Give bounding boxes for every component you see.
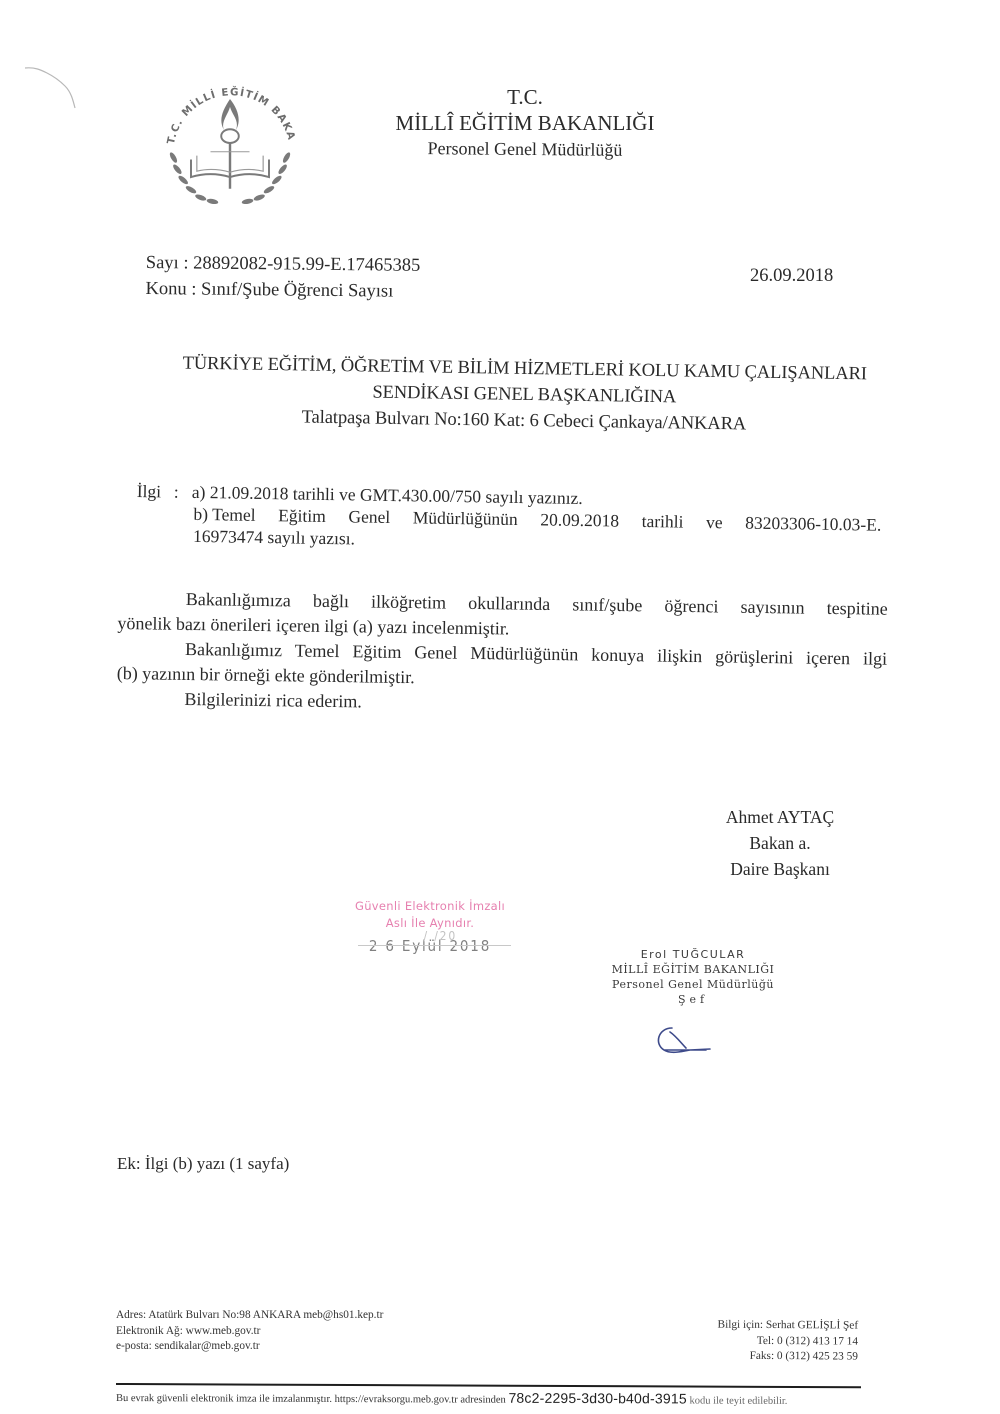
footer-divider (116, 1383, 861, 1388)
references-label: İlgi (137, 480, 174, 503)
reference-b-word: Müdürlüğünün (413, 506, 518, 530)
stamp-date: / /20 2 6 Eylül 2018 (340, 938, 520, 955)
footer-phone: Tel: 0 (312) 413 17 14 (680, 1333, 858, 1350)
footer-fax: Faks: 0 (312) 425 23 59 (680, 1348, 858, 1365)
header-tc: T.C. (360, 84, 690, 110)
reference-b-word: tarihli (642, 510, 684, 533)
footer-contact-left: Adres: Atatürk Bulvarı No:98 ANKARA meb@… (116, 1308, 383, 1355)
signatory: Ahmet AYTAÇ Bakan a. Daire Başkanı (700, 804, 860, 882)
letter-body: Bakanlığımıza bağlı ilköğretim okulların… (116, 586, 888, 722)
header-ministry: MİLLÎ EĞİTİM BAKANLIĞI (360, 110, 690, 136)
document-meta: Sayı : 28892082-915.99-E.17465385 Konu :… (145, 250, 420, 305)
official-stamp: Erol TUĞCULAR MİLLÎ EĞİTİM BAKANLIĞI Per… (578, 947, 808, 1007)
footer-contact-right: Bilgi için: Serhat GELİŞLİ Şef Tel: 0 (3… (680, 1317, 858, 1365)
header-unit: Personel Genel Müdürlüğü (360, 135, 690, 164)
reference-b-word: 20.09.2018 (540, 508, 619, 531)
verification-code: 78c2-2295-3d30-b40d-3915 (508, 1390, 686, 1407)
official-unit: Personel Genel Müdürlüğü (578, 977, 808, 992)
signatory-name: Ahmet AYTAÇ (700, 804, 860, 830)
references-colon: : (174, 481, 192, 503)
signatory-title-2: Daire Başkanı (700, 856, 860, 882)
verification-line: Bu evrak güvenli elektronik imza ile imz… (116, 1388, 876, 1407)
konu-row: Konu : Sınıf/Şube Öğrenci Sayısı (145, 276, 420, 305)
reference-b-word: Genel (348, 505, 390, 528)
verification-tail: kodu ile teyit edilebilir. (689, 1396, 787, 1407)
verification-text: Bu evrak güvenli elektronik imza ile imz… (116, 1393, 506, 1406)
reference-b-word: b) Temel (193, 503, 255, 526)
initials-signature-icon (650, 1022, 720, 1060)
ministry-seal-icon: T.C. MİLLİ EĞİTİM BAKANLIĞI (152, 62, 308, 218)
attachment-note: Ek: İlgi (b) yazı (1 sayfa) (117, 1154, 289, 1174)
official-title: Şef (578, 992, 808, 1007)
sayi-value: : 28892082-915.99-E.17465385 (183, 253, 420, 275)
sayi-label: Sayı (146, 253, 179, 273)
signatory-title-1: Bakan a. (700, 830, 860, 856)
reference-b-word: 83203306-10.03-E. (745, 512, 881, 536)
letterhead: T.C. MİLLÎ EĞİTİM BAKANLIĞI Personel Gen… (360, 84, 690, 162)
scan-mark (25, 60, 85, 110)
official-org: MİLLÎ EĞİTİM BAKANLIĞI (578, 962, 808, 977)
official-name: Erol TUĞCULAR (578, 947, 808, 962)
sayi-row: Sayı : 28892082-915.99-E.17465385 (146, 250, 421, 279)
footer-email: e-posta: sendikalar@meb.gov.tr (116, 1339, 383, 1355)
footer-address: Adres: Atatürk Bulvarı No:98 ANKARA meb@… (116, 1308, 383, 1324)
konu-value: : Sınıf/Şube Öğrenci Sayısı (191, 279, 393, 301)
certified-copy-stamp: Güvenli Elektronik İmzalı Aslı İle Aynıd… (330, 898, 530, 955)
konu-label: Konu (145, 279, 186, 299)
stamp-date-blank: / /20 (358, 928, 511, 946)
references: İlgi : a) 21.09.2018 tarihli ve GMT.430.… (136, 480, 897, 558)
recipient: TÜRKİYE EĞİTİM, ÖĞRETİM VE BİLİM HİZMETL… (144, 350, 905, 440)
reference-b-word: ve (706, 511, 723, 533)
footer-website: Elektronik Ağ: www.meb.gov.tr (116, 1324, 383, 1340)
stamp-line-1: Güvenli Elektronik İmzalı (330, 898, 530, 915)
reference-b-word: Eğitim (278, 504, 326, 527)
document-date: 26.09.2018 (750, 266, 833, 287)
svg-text:T.C. MİLLİ EĞİTİM BAKANLIĞI: T.C. MİLLİ EĞİTİM BAKANLIĞI (152, 62, 297, 145)
footer-contact-person: Bilgi için: Serhat GELİŞLİ Şef (680, 1317, 858, 1334)
